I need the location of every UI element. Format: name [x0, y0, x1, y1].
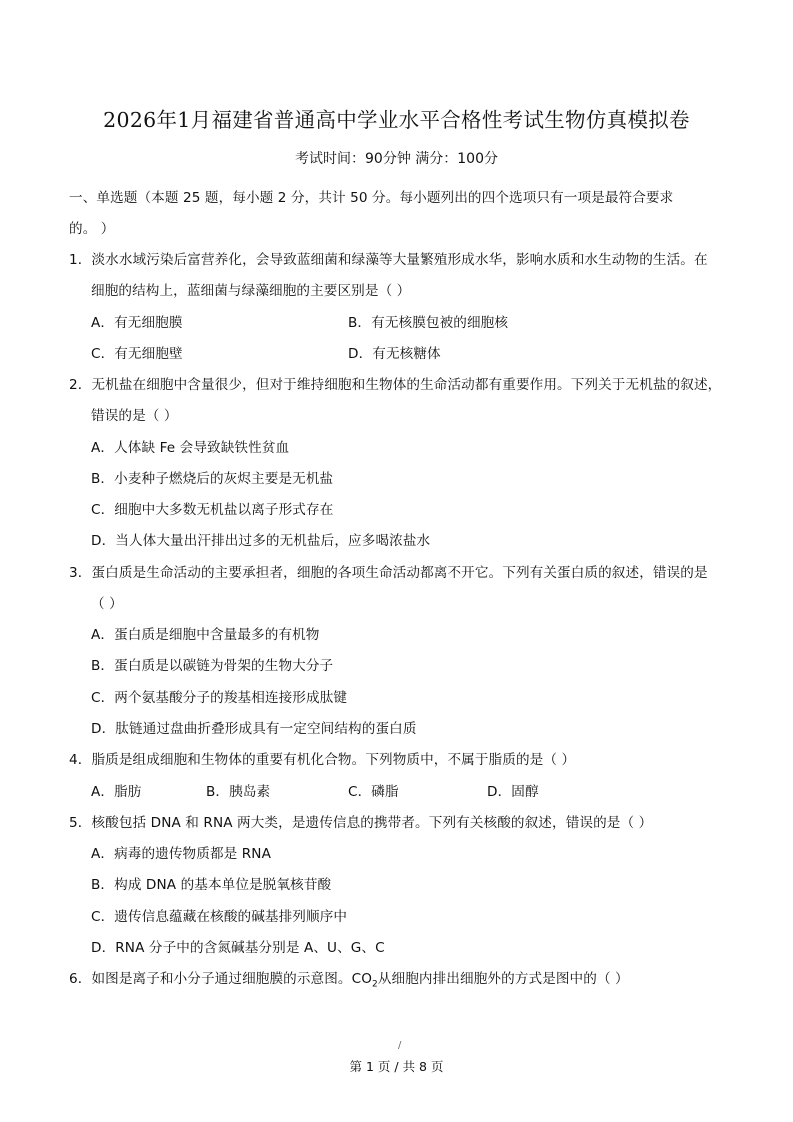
section-heading: 一、单选题（本题 25 题，每小题 2 分，共计 50 分。每小题列出的四个选项… [69, 186, 673, 206]
page-number: 第 1 页 / 共 8 页 [0, 1057, 793, 1075]
question-5-option-d: D．RNA 分子中的含氮碱基分别是 A、U、G、C [91, 936, 385, 956]
question-2-option-b: B．小麦种子燃烧后的灰烬主要是无机盐 [91, 467, 333, 487]
exam-info: 考试时间：90分钟 满分：100分 [0, 148, 793, 168]
question-6-stem: 6．如图是离子和小分子通过细胞膜的示意图。CO2从细胞内排出细胞外的方式是图中的… [69, 967, 629, 990]
question-3-option-c: C．两个氨基酸分子的羧基相连接形成肽键 [91, 686, 347, 706]
question-1-option-a: A．有无细胞膜 [91, 311, 183, 331]
question-3-option-d: D．肽链通过盘曲折叠形成具有一定空间结构的蛋白质 [91, 717, 417, 737]
question-3-option-a: A．蛋白质是细胞中含量最多的有机物 [91, 623, 320, 643]
question-4-stem: 4．脂质是组成细胞和生物体的重要有机化合物。下列物质中，不属于脂质的是（ ） [69, 748, 575, 768]
question-5-option-a: A．病毒的遗传物质都是 RNA [91, 842, 271, 862]
question-3-option-b: B．蛋白质是以碳链为骨架的生物大分子 [91, 654, 333, 674]
question-2-option-c: C．细胞中大多数无机盐以离子形式存在 [91, 498, 333, 518]
question-5-option-c: C．遗传信息蕴藏在核酸的碱基排列顺序中 [91, 905, 347, 925]
question-5-option-b: B．构成 DNA 的基本单位是脱氧核苷酸 [91, 873, 331, 893]
question-1-option-b: B．有无核膜包被的细胞核 [348, 311, 508, 331]
question-1-option-d: D．有无核糖体 [348, 342, 441, 362]
question-5-stem: 5．核酸包括 DNA 和 RNA 两大类，是遗传信息的携带者。下列有关核酸的叙述… [69, 811, 652, 831]
question-4-option-b: B．胰岛素 [206, 780, 270, 800]
question-3-stem-cont: （ ） [91, 592, 123, 612]
question-3-stem: 3．蛋白质是生命活动的主要承担者，细胞的各项生命活动都离不开它。下列有关蛋白质的… [69, 561, 708, 581]
section-heading-cont: 的。 ） [69, 217, 115, 237]
question-2-stem-cont: 错误的是（ ） [91, 404, 178, 424]
question-6-stem-b: 从细胞内排出细胞外的方式是图中的（ ） [378, 971, 629, 987]
question-2-option-a: A．人体缺 Fe 会导致缺铁性贫血 [91, 436, 289, 456]
exam-title: 2026年1月福建省普通高中学业水平合格性考试生物仿真模拟卷 [0, 103, 793, 133]
question-6-stem-a: 6．如图是离子和小分子通过细胞膜的示意图。CO [69, 971, 372, 987]
question-1-stem-cont: 细胞的结构上，蓝细菌与绿藻细胞的主要区别是（ ） [91, 279, 410, 299]
question-4-option-d: D．固醇 [487, 780, 539, 800]
question-1-option-c: C．有无细胞壁 [91, 342, 183, 362]
question-4-option-c: C．磷脂 [348, 780, 399, 800]
question-1-stem: 1．淡水水域污染后富营养化，会导致蓝细菌和绿藻等大量繁殖形成水华，影响水质和水生… [69, 248, 708, 268]
question-4-option-a: A．脂肪 [91, 780, 141, 800]
question-2-stem: 2．无机盐在细胞中含量很少，但对于维持细胞和生物体的生命活动都有重要作用。下列关… [69, 373, 721, 393]
question-2-option-d: D．当人体大量出汗排出过多的无机盐后，应多喝浓盐水 [91, 529, 430, 549]
footer-mark: / [398, 1040, 401, 1051]
